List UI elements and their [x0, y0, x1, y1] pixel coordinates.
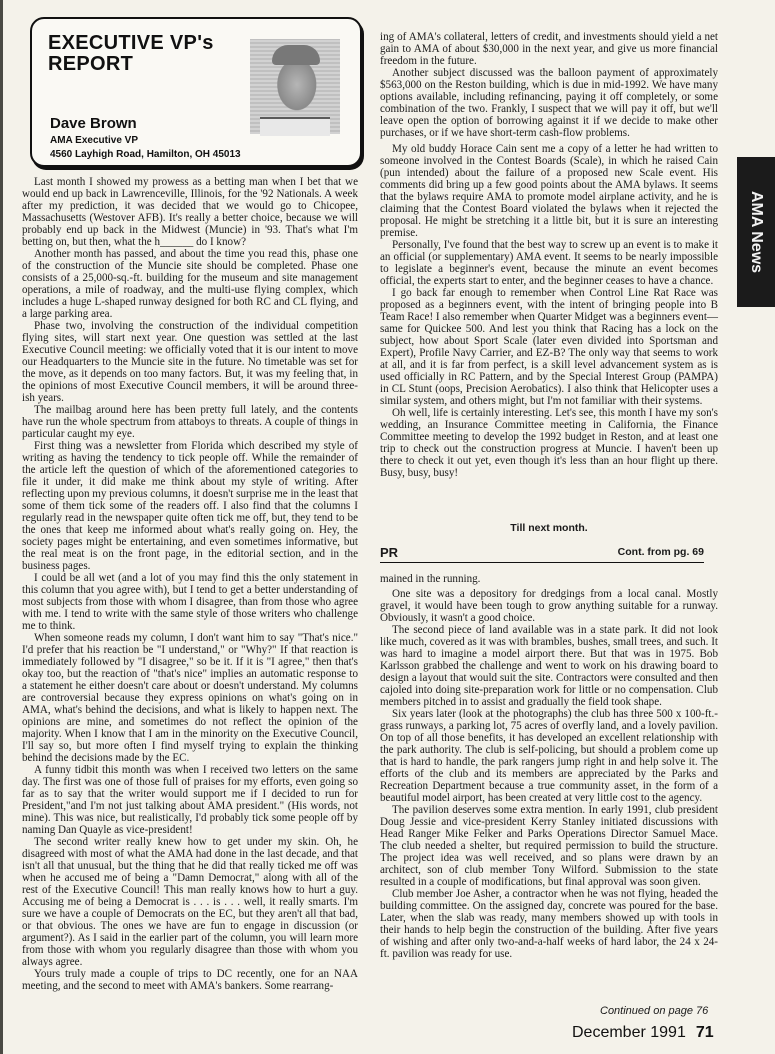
author-photo-hair	[272, 45, 320, 65]
paragraph: Last month I showed my prowess as a bett…	[22, 176, 358, 248]
paragraph: A funny tidbit this month was when I rec…	[22, 764, 358, 836]
paragraph: Club member Joe Asher, a contractor when…	[380, 888, 718, 960]
author-name: Dave Brown	[50, 115, 137, 132]
pr-section-header: PR Cont. from pg. 69	[380, 545, 704, 563]
paragraph: One site was a depository for dredgings …	[380, 588, 718, 624]
sign-off: Till next month.	[380, 522, 718, 534]
pr-section-title: PR	[380, 545, 398, 560]
section-side-tab-label: AMA News	[747, 191, 765, 273]
issue-date: December 1991	[572, 1024, 686, 1041]
paragraph: Oh well, life is certainly interesting. …	[380, 407, 718, 479]
page-edge	[0, 0, 3, 1054]
author-photo	[250, 39, 340, 134]
paragraph: mained in the running.	[380, 573, 718, 585]
paragraph: Yours truly made a couple of trips to DC…	[22, 968, 358, 992]
right-column-top: ing of AMA's collateral, letters of cred…	[380, 31, 718, 479]
author-address: 4560 Layhigh Road, Hamilton, OH 45013	[50, 149, 241, 160]
paragraph: First thing was a newsletter from Florid…	[22, 440, 358, 572]
paragraph: When someone reads my column, I don't wa…	[22, 632, 358, 764]
paragraph: Another month has passed, and about the …	[22, 248, 358, 320]
author-role: AMA Executive VP	[50, 135, 138, 146]
paragraph: Six years later (look at the photographs…	[380, 708, 718, 804]
pr-section-body: mained in the running. One site was a de…	[380, 573, 718, 960]
column-title: EXECUTIVE VP's REPORT	[48, 33, 258, 75]
author-photo-shirt	[260, 117, 330, 136]
left-column: Last month I showed my prowess as a bett…	[22, 176, 358, 992]
paragraph: The pavilion deserves some extra mention…	[380, 804, 718, 888]
paragraph: The second piece of land available was i…	[380, 624, 718, 708]
column-header-box: EXECUTIVE VP's REPORT Dave Brown AMA Exe…	[30, 17, 362, 167]
paragraph: Phase two, involving the construction of…	[22, 320, 358, 404]
column-title-line1: EXECUTIVE VP's	[48, 33, 258, 54]
paragraph: I could be all wet (and a lot of you may…	[22, 572, 358, 632]
paragraph: The mailbag around here has been pretty …	[22, 404, 358, 440]
paragraph: ing of AMA's collateral, letters of cred…	[380, 31, 718, 67]
page-number: 71	[696, 1024, 714, 1041]
page-footer: December 199171	[572, 1024, 714, 1042]
paragraph: Personally, I've found that the best way…	[380, 239, 718, 287]
paragraph: I go back far enough to remember when Co…	[380, 287, 718, 407]
pr-continued-from: Cont. from pg. 69	[618, 546, 704, 558]
continued-on-label: Continued on page 76	[600, 1005, 708, 1017]
paragraph: The second writer really knew how to get…	[22, 836, 358, 968]
section-side-tab: AMA News	[737, 157, 775, 307]
paragraph: Another subject discussed was the balloo…	[380, 67, 718, 139]
column-title-line2: REPORT	[48, 54, 258, 75]
paragraph: My old buddy Horace Cain sent me a copy …	[380, 143, 718, 239]
